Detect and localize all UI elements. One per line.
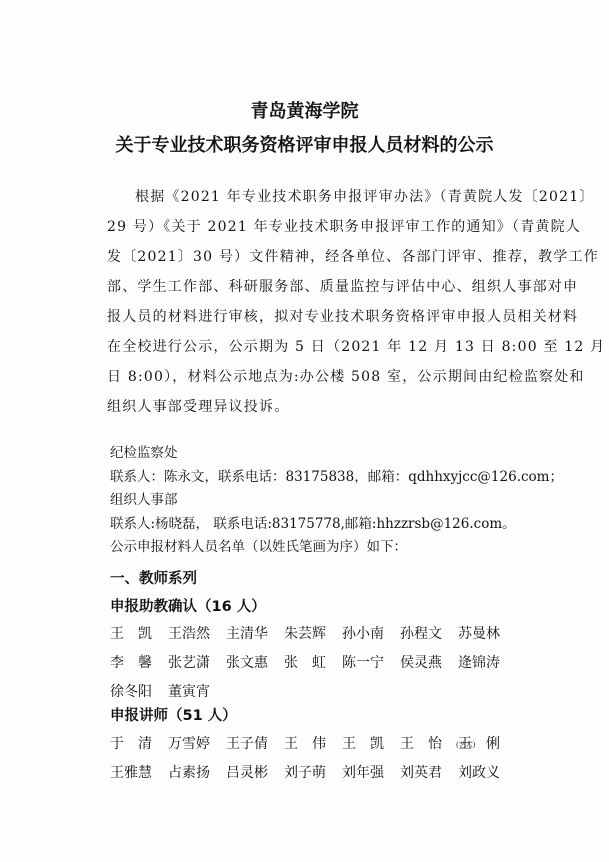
person-name: 万雪婷: [168, 730, 226, 759]
contact-dept-discipline: 纪检监察处: [110, 442, 540, 466]
body-line: 日 8:00），材料公示地点为:办公楼 508 室，公示期间由纪检监察处和: [107, 362, 527, 392]
person-name: 王凯: [110, 620, 168, 649]
person-name: 逄锦涛: [458, 649, 516, 678]
name-list-lecturer: 于清万雪婷王子倩王伟王凯王怡(艺术)王俐 王雅慧占素扬吕灵彬刘子萌刘年强刘英君刘…: [110, 730, 540, 788]
person-name: 刘年强: [342, 759, 400, 788]
person-name: 苏曼林: [458, 620, 516, 649]
notice-title: 关于专业技术职务资格评审申报人员材料的公示: [0, 135, 609, 157]
person-name: 于清: [110, 730, 168, 759]
name-list-assistant: 王凯王浩然主清华朱芸辉孙小南孙程文苏曼林 李馨张艺潇张文惠张虹陈一宁侯灵燕逄锦涛…: [110, 620, 540, 707]
person-name: 占素扬: [168, 759, 226, 788]
body-line: 组织人事部受理异议投诉。: [107, 392, 527, 422]
person-name: 孙程文: [400, 620, 458, 649]
person-name: 朱芸辉: [284, 620, 342, 649]
contact-line-discipline: 联系人：陈永文，联系电话：83175838，邮箱：qdhhxyjcc@126.c…: [110, 466, 540, 490]
person-name: 张文惠: [226, 649, 284, 678]
person-name: 主清华: [226, 620, 284, 649]
person-name: 王伟: [284, 730, 342, 759]
person-name: 王子倩: [226, 730, 284, 759]
person-name: 孙小南: [342, 620, 400, 649]
person-name: 吕灵彬: [226, 759, 284, 788]
body-line: 报人员的材料进行审核，拟对专业技术职务资格评审申报人员相关材料: [107, 302, 527, 332]
body-line: 29 号）《关于 2021 年专业技术职务申报评审工作的通知》（青黄院人: [107, 212, 527, 242]
contact-info: 纪检监察处 联系人：陈永文，联系电话：83175838，邮箱：qdhhxyjcc…: [110, 442, 540, 560]
person-name-with-note: 王怡(艺术): [400, 730, 458, 760]
person-name: 刘政义: [458, 759, 516, 788]
body-line: 部、学生工作部、科研服务部、质量监控与评估中心、组织人事部对申: [107, 272, 527, 302]
person-name: 张虹: [284, 649, 342, 678]
body-line: 在全校进行公示，公示期为 5 日（2021 年 12 月 13 日 8:00 至…: [107, 332, 527, 362]
person-name: 王雅慧: [110, 759, 168, 788]
person-name: 王浩然: [168, 620, 226, 649]
list-intro: 公示申报材料人员名单（以姓氏笔画为序）如下：: [110, 536, 540, 560]
person-name: 李馨: [110, 649, 168, 678]
section-title: 一、教师系列: [110, 568, 197, 590]
name-row: 王凯王浩然主清华朱芸辉孙小南孙程文苏曼林: [110, 620, 540, 649]
institution-title: 青岛黄海学院: [0, 101, 609, 123]
person-name: 董寅宵: [168, 678, 226, 707]
name-row: 于清万雪婷王子倩王伟王凯王怡(艺术)王俐: [110, 730, 540, 759]
person-name: 徐冬阳: [110, 678, 168, 707]
name-row: 徐冬阳董寅宵: [110, 678, 540, 707]
person-name: 侯灵燕: [400, 649, 458, 678]
group-heading-lecturer: 申报讲师（51 人）: [110, 705, 237, 727]
person-name: 王凯: [342, 730, 400, 759]
group-heading-assistant: 申报助教确认（16 人）: [110, 596, 266, 618]
name-row: 李馨张艺潇张文惠张虹陈一宁侯灵燕逄锦涛: [110, 649, 540, 678]
contact-dept-hr: 组织人事部: [110, 489, 540, 513]
person-name: 王怡: [400, 736, 456, 752]
contact-line-hr: 联系人:杨晓磊， 联系电话:83175778,邮箱:hhzzrsb@126.co…: [110, 513, 540, 537]
notice-body: 根据《2021 年专业技术职务申报评审办法》（青黄院人发〔2021〕 29 号）…: [107, 182, 527, 422]
person-name: 刘英君: [400, 759, 458, 788]
document-page: 青岛黄海学院 关于专业技术职务资格评审申报人员材料的公示 根据《2021 年专业…: [0, 0, 609, 862]
person-name: 陈一宁: [342, 649, 400, 678]
body-line: 发〔2021〕30 号）文件精神，经各单位、各部门评审、推荐，教学工作: [107, 242, 527, 272]
person-name: 刘子萌: [284, 759, 342, 788]
person-name: 王俐: [458, 730, 516, 759]
person-name: 张艺潇: [168, 649, 226, 678]
body-line: 根据《2021 年专业技术职务申报评审办法》（青黄院人发〔2021〕: [107, 182, 527, 212]
name-row: 王雅慧占素扬吕灵彬刘子萌刘年强刘英君刘政义: [110, 759, 540, 788]
